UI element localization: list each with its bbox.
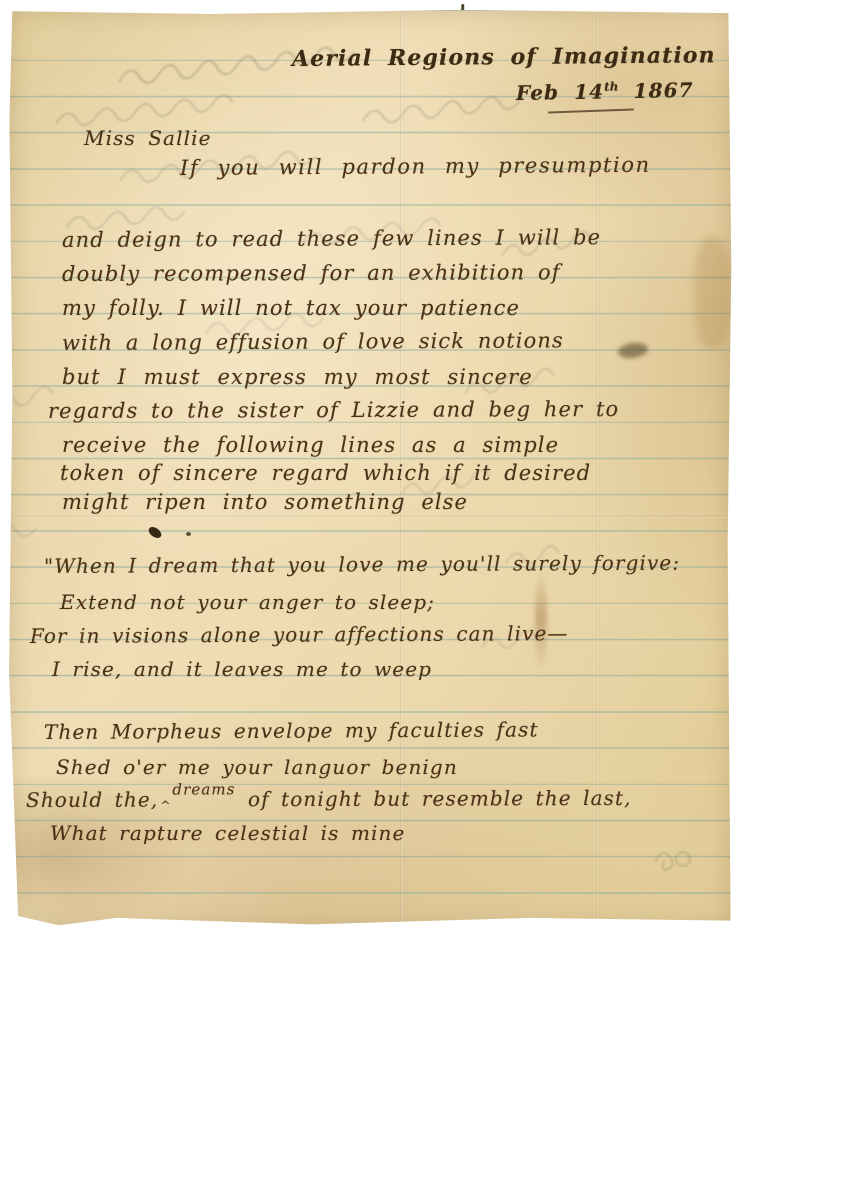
letter-body-line: with a long effusion of love sick notion… [62, 328, 564, 355]
ink-smudge [617, 341, 649, 360]
letter-body-line: regards to the sister of Lizzie and beg … [48, 397, 619, 423]
date-underline-flourish [548, 108, 634, 113]
ink-blot-small [186, 532, 191, 536]
letter-salutation: Miss Sallie [84, 126, 212, 150]
stanza2-line3-post: of tonight but resemble the last, [248, 786, 632, 811]
letter-heading-date: Feb 14th 1867 [516, 78, 694, 105]
letter-body-line: might ripen into something else [62, 490, 468, 514]
scanned-letter-page: Aerial Regions of Imagination Feb 14th 1… [0, 0, 848, 1200]
insertion-caret: ^ [160, 798, 171, 812]
date-day: Feb 14 [516, 79, 605, 105]
letter-body-line: my folly. I will not tax your patience [62, 296, 520, 320]
letter-heading-place: Aerial Regions of Imagination [292, 42, 716, 72]
poem-stanza2-line: What rapture celestial is mine [50, 821, 405, 845]
letter-body-line: but I must express my most sincere [62, 365, 533, 389]
poem-stanza2-line-with-insertion: Should the,^dreams of tonight but resemb… [26, 786, 632, 812]
date-year: 1867 [633, 78, 693, 103]
letter-opening-line: If you will pardon my presumption [180, 153, 651, 180]
poem-stanza1-line: For in visions alone your affections can… [30, 621, 569, 648]
fold-crease-horizontal [8, 515, 732, 518]
stanza2-line3-pre: Should the, [26, 788, 158, 812]
ink-blot [147, 525, 164, 540]
date-ordinal-suffix: th [604, 80, 619, 94]
poem-stanza1-line: I rise, and it leaves me to weep [52, 657, 432, 681]
letter-body-line: and deign to read these few lines I will… [62, 225, 601, 252]
poem-stanza1-line: Extend not your anger to sleep; [60, 590, 435, 614]
letter-paper: Aerial Regions of Imagination Feb 14th 1… [8, 9, 732, 928]
poem-stanza1-line: "When I dream that you love me you'll su… [44, 551, 680, 578]
poem-stanza2-line: Shed o'er me your languor benign [56, 755, 458, 779]
letter-body-line: token of sincere regard which if it desi… [60, 461, 591, 485]
poem-stanza2-line: Then Morpheus envelope my faculties fast [44, 717, 539, 744]
letter-body-line: receive the following lines as a simple [62, 433, 559, 457]
letter-body-line: doubly recompensed for an exhibition of [62, 260, 561, 286]
paper-stain-right [694, 237, 730, 349]
inserted-word: dreams [172, 780, 235, 798]
